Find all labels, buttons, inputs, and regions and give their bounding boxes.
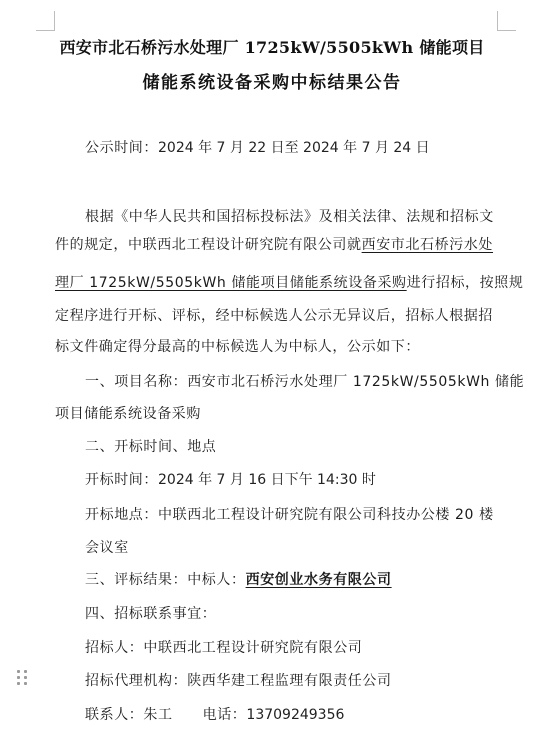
intro-line-2-text: 件的规定，中联西北工程设计研究院有限公司就 [55,237,362,253]
section2-opening-place-line-1: 开标地点：中联西北工程设计研究院有限公司科技办公楼 20 楼 [85,504,494,524]
opening-time-label: 开标时间： [85,472,158,488]
drag-handle-icon[interactable] [17,670,27,685]
tenderer: 招标人：中联西北工程设计研究院有限公司 [85,637,362,657]
publicity-period: 公示时间：2024 年 7 月 22 日至 2024 年 7 月 24 日 [85,137,430,157]
contact-info: 联系人：朱工电话：13709249356 [85,704,344,724]
document-title-line-2: 储能系统设备采购中标结果公告 [0,68,544,93]
margin-corner-mark-top-right [497,11,516,31]
intro-line-3: 理厂 1725kW/5505kWh 储能项目储能系统设备采购进行招标，按照规 [55,272,523,292]
intro-line-1: 根据《中华人民共和国招标投标法》及相关法律、法规和招标文 [85,206,494,226]
project-name-underlined-2: 理厂 1725kW/5505kWh 储能项目储能系统设备采购 [55,275,407,291]
section2-opening-place-line-2: 会议室 [85,537,129,557]
section2-opening-time: 开标时间：2024 年 7 月 16 日下午 14:30 时 [85,469,376,489]
intro-line-3-text: 进行招标，按照规 [407,275,524,291]
contact-person: 联系人：朱工 [85,707,173,723]
opening-time-value: 2024 年 7 月 16 日下午 14:30 时 [158,472,376,488]
document-title-line-1: 西安市北石桥污水处理厂 1725kW/5505kWh 储能项目 [0,35,544,58]
document-page: 西安市北石桥污水处理厂 1725kW/5505kWh 储能项目 储能系统设备采购… [0,0,544,751]
margin-corner-mark-top-left [36,11,55,31]
section1-project-name-line-2: 项目储能系统设备采购 [55,403,201,423]
section4-heading: 四、招标联系事宜： [85,603,216,623]
section2-heading: 二、开标时间、地点 [85,436,216,456]
section3-result: 三、评标结果：中标人：西安创业水务有限公司 [85,569,392,589]
intro-line-2: 件的规定，中联西北工程设计研究院有限公司就西安市北石桥污水处 [55,234,493,254]
phone-label: 电话： [203,707,247,723]
tender-agency: 招标代理机构：陕西华建工程监理有限责任公司 [85,670,392,690]
intro-line-5: 标文件确定得分最高的中标候选人为中标人，公示如下： [55,336,420,356]
publicity-value: 2024 年 7 月 22 日至 2024 年 7 月 24 日 [158,140,430,156]
winning-bidder: 西安创业水务有限公司 [246,572,392,588]
result-label: 三、评标结果：中标人： [85,572,246,588]
section1-project-name-line-1: 一、项目名称：西安市北石桥污水处理厂 1725kW/5505kWh 储能 [85,371,524,391]
publicity-label: 公示时间： [85,140,158,156]
project-name-underlined-1: 西安市北石桥污水处 [362,237,493,253]
intro-line-4: 定程序进行开标、评标，经中标候选人公示无异议后，招标人根据招 [55,305,493,325]
phone-number: 13709249356 [246,707,344,723]
